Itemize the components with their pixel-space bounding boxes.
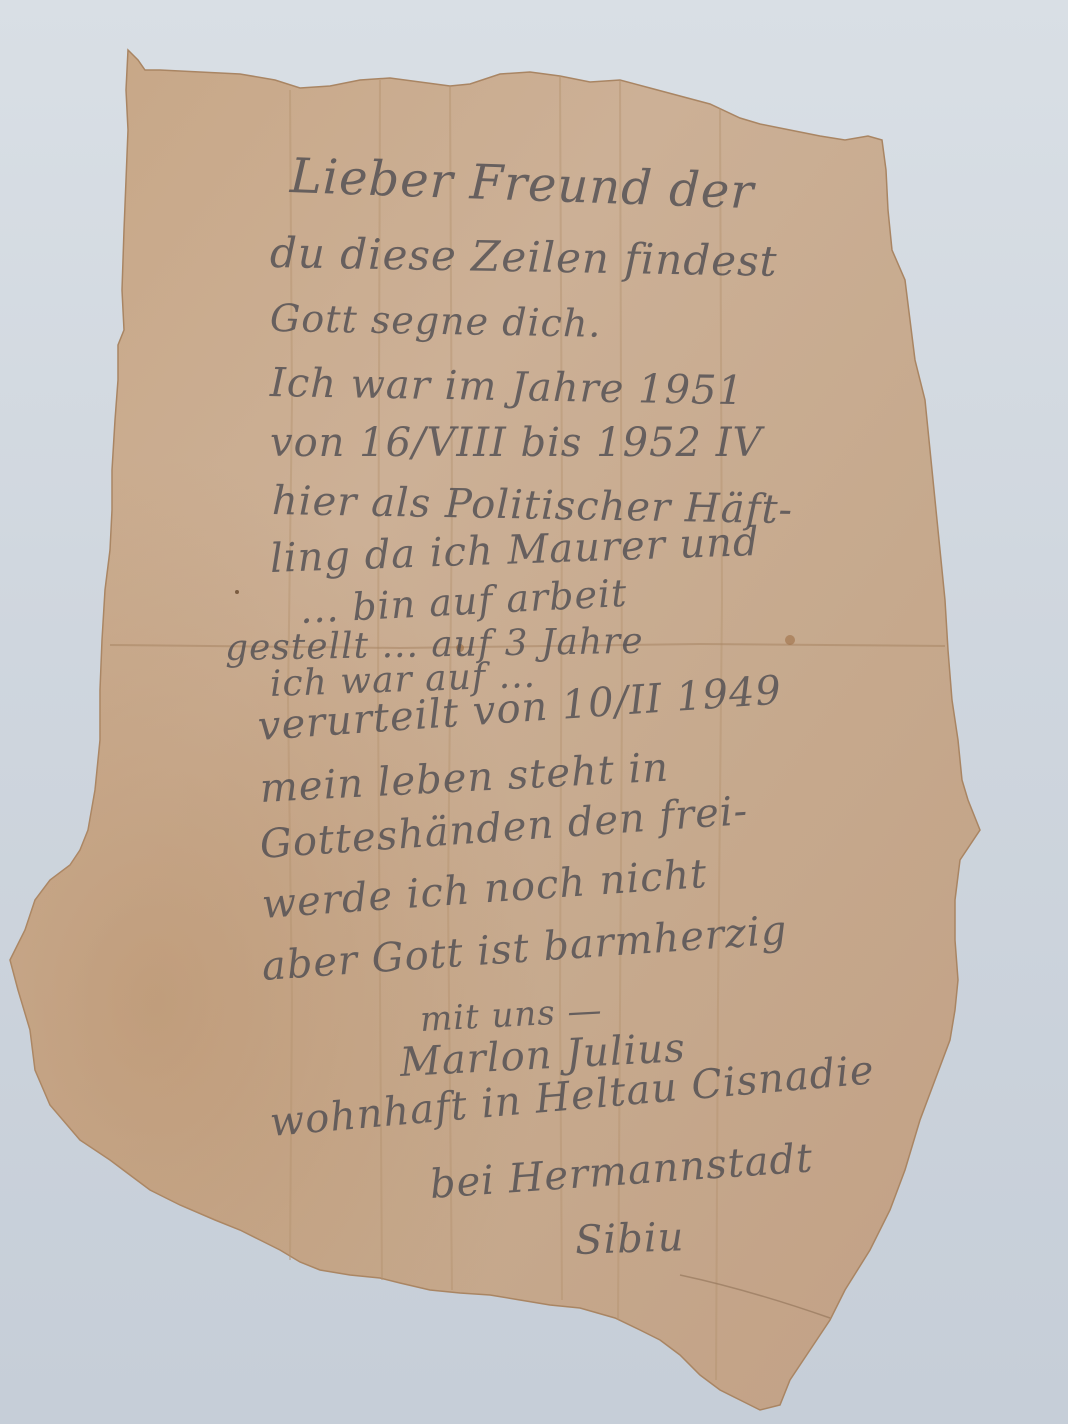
letter-line: Sibiu <box>574 1214 685 1264</box>
photo-scene: Lieber Freund der du diese Zeilen findes… <box>0 0 1068 1424</box>
letter-line: du diese Zeilen findest <box>270 228 778 286</box>
letter-line: Ich war im Jahre 1951 <box>270 360 745 414</box>
letter-line: Gott segne dich. <box>270 296 602 346</box>
letter-line: von 16/VIII bis 1952 IV <box>270 420 762 466</box>
